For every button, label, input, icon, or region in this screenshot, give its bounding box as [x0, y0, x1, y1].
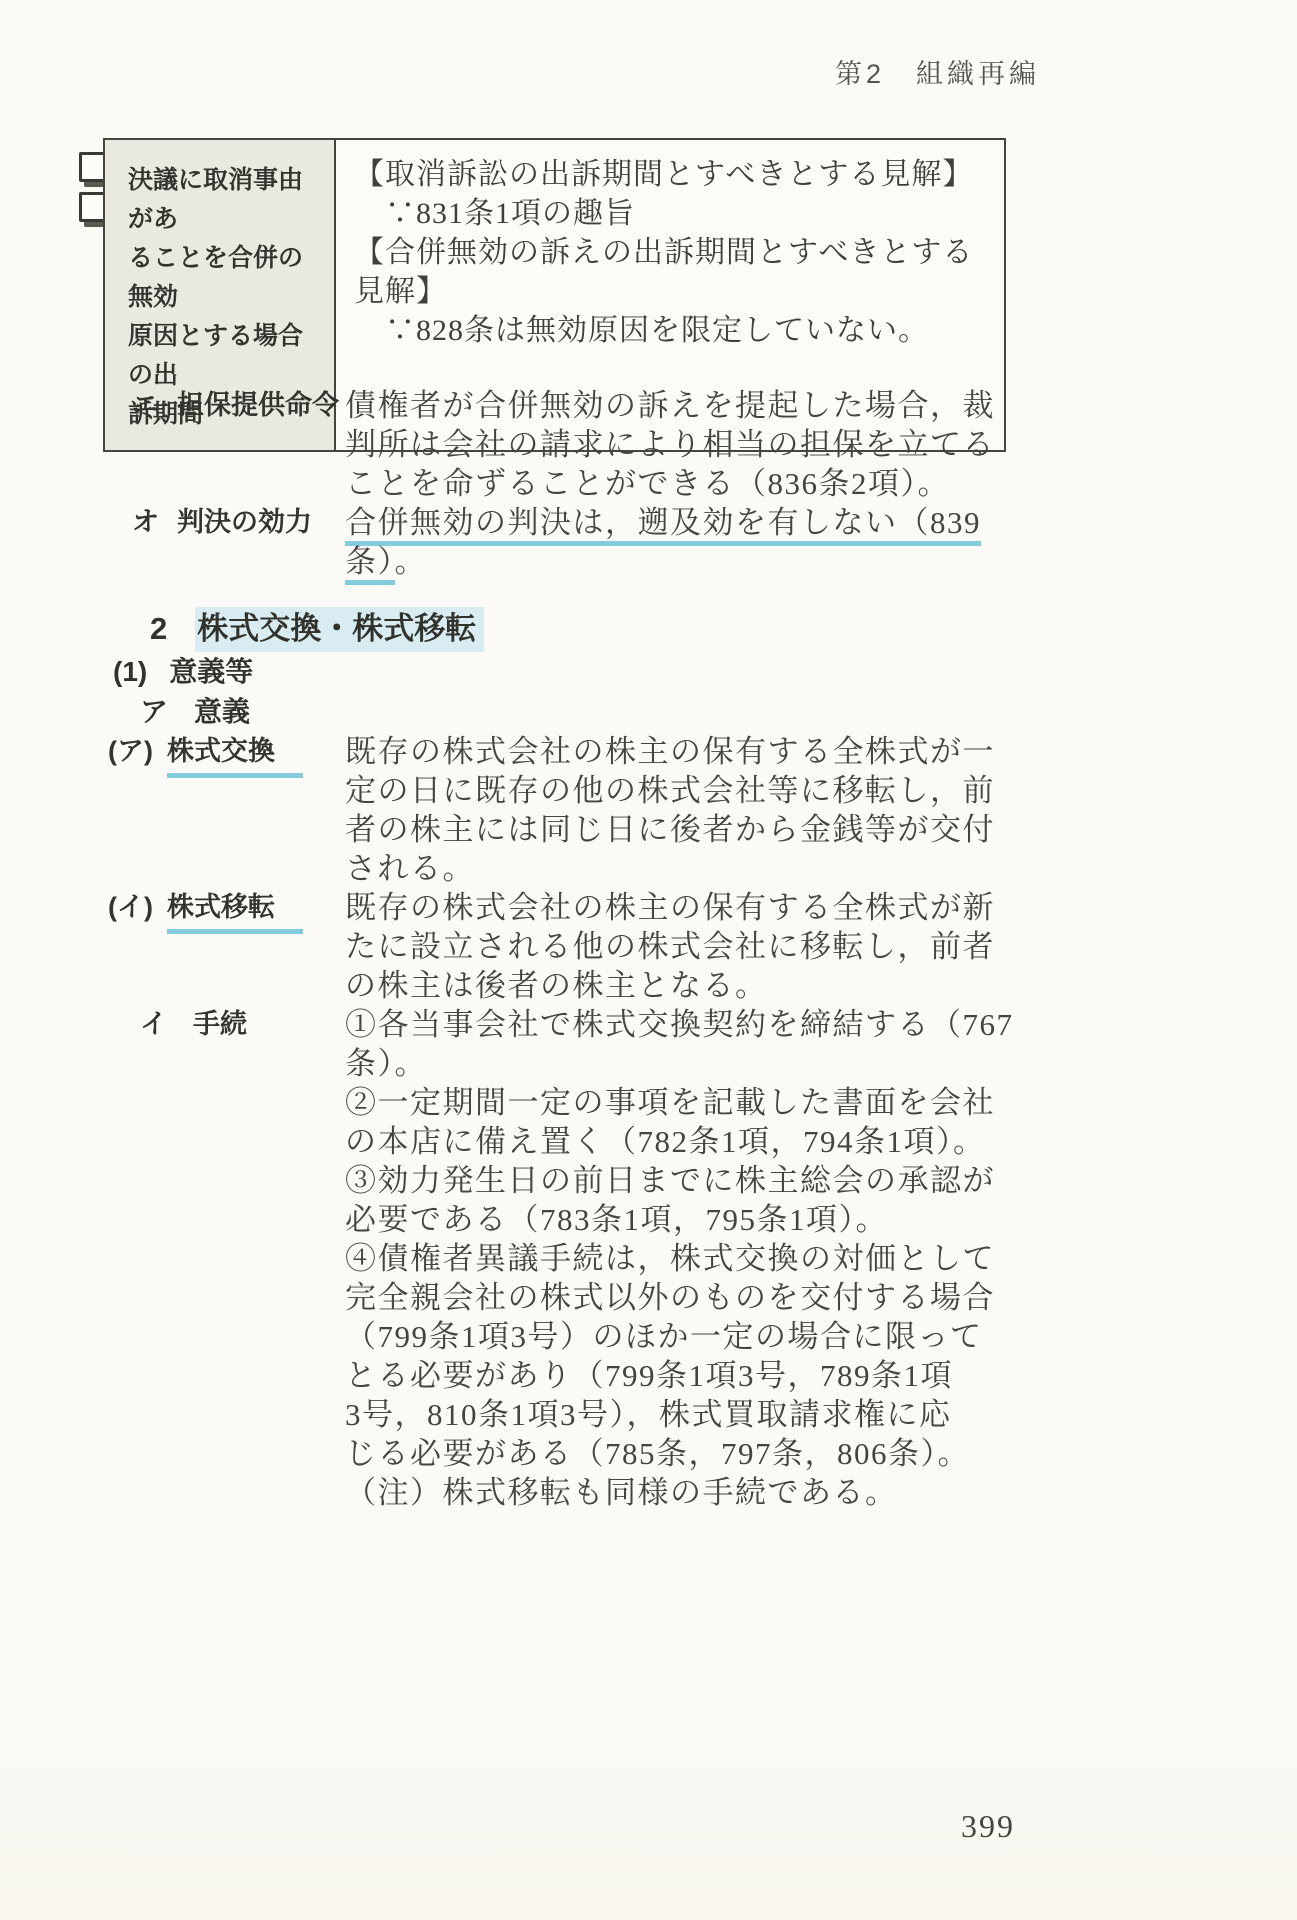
body-line: 定の日に既存の他の株式会社等に移転し，前 [345, 771, 1025, 810]
entry-body: 既存の株式会社の株主の保有する全株式が新 たに設立される他の株式会社に移転し，前… [345, 888, 1025, 1005]
subsubsection-heading: ア 意義 [0, 692, 1297, 732]
entry-label: エ 担保提供命令 [0, 386, 345, 425]
body-line: される。 [345, 849, 1025, 888]
section-number: 2 [150, 608, 167, 650]
entry-prefix: エ [132, 386, 159, 425]
body-line: （799条1項3号）のほか一定の場合に限って [345, 1317, 1025, 1356]
entry-label: (ア) 株式交換 [0, 732, 345, 778]
body-line: ことを命ずることができる（836条2項）。 [345, 464, 1025, 503]
topic-line: ることを合併の無効 [128, 239, 324, 317]
textbook-page: 第2 組織再編 決議に取消事由があ ることを合併の無効 原因とする場合の出 訴期… [0, 0, 1297, 1920]
subsection-title: 意義等 [169, 652, 253, 692]
body-line: 条）。 [345, 1044, 1025, 1083]
page-number: 399 [961, 1808, 1015, 1845]
body-line: 既存の株式会社の株主の保有する全株式が一 [345, 732, 1025, 771]
body-line: 債権者が合併無効の訴えを提起した場合，裁 [345, 386, 1025, 425]
body-line: じる必要がある（785条，797条，806条）。 [345, 1434, 1025, 1473]
body-line: たに設立される他の株式会社に移転し，前者 [345, 927, 1025, 966]
section-heading: 2 株式交換・株式移転 [0, 607, 1297, 652]
entry-prefix: オ [132, 503, 159, 542]
entry-tanpo: エ 担保提供命令 債権者が合併無効の訴えを提起した場合，裁 判所は会社の請求によ… [0, 386, 1297, 503]
body-line: 条）。 [345, 542, 1025, 581]
entry-prefix: (イ) [108, 888, 153, 927]
entry-title: 担保提供命令 [177, 386, 339, 425]
subsubsection-title: 意義 [194, 692, 250, 732]
view-line: 【合併無効の訴えの出訴期間とすべきとする [354, 233, 996, 272]
entry-body: 債権者が合併無効の訴えを提起した場合，裁 判所は会社の請求により相当の担保を立て… [345, 386, 1025, 503]
entry-label: (イ) 株式移転 [0, 888, 345, 934]
body-line: 3号，810条1項3号），株式買取請求権に応 [345, 1395, 1025, 1434]
subsubsection-prefix: ア [140, 692, 168, 732]
body-line: ③効力発生日の前日までに株主総会の承認が [345, 1161, 1025, 1200]
entry-iten: (イ) 株式移転 既存の株式会社の株主の保有する全株式が新 たに設立される他の株… [0, 888, 1297, 1005]
entry-hanketsu: オ 判決の効力 合併無効の判決は，遡及効を有しない（839 条）。 [0, 503, 1297, 581]
body-line: ④債権者異議手続は，株式交換の対価として [345, 1239, 1025, 1278]
entry-label: オ 判決の効力 [0, 503, 345, 542]
body-line: とる必要があり（799条1項3号，789条1項 [345, 1356, 1025, 1395]
subsection-prefix: (1) [113, 652, 147, 692]
body-line: （注）株式移転も同様の手続である。 [345, 1473, 1025, 1512]
body-line: 者の株主には同じ日に後者から金銭等が交付 [345, 810, 1025, 849]
body-line: 既存の株式会社の株主の保有する全株式が新 [345, 888, 1025, 927]
entry-title-underlined: 株式交換 [167, 732, 303, 778]
entry-title-underlined: 株式移転 [167, 888, 303, 934]
entry-label: イ 手続 [0, 1005, 345, 1044]
body-line: の本店に備え置く（782条1項，794条1項）。 [345, 1122, 1025, 1161]
view-line: ∵828条は無効原因を限定していない。 [354, 311, 996, 350]
entry-prefix: (ア) [108, 732, 153, 771]
body-line-underlined: 合併無効の判決は，遡及効を有しない（839 [345, 503, 1025, 542]
entry-body: ①各当事会社で株式交換契約を締結する（767 条）。 ②一定期間一定の事項を記載… [345, 1005, 1025, 1512]
entry-tetsuzuki: イ 手続 ①各当事会社で株式交換契約を締結する（767 条）。 ②一定期間一定の… [0, 1005, 1297, 1512]
body-line: の株主は後者の株主となる。 [345, 966, 1025, 1005]
entry-title: 判決の効力 [177, 503, 312, 542]
entry-body: 合併無効の判決は，遡及効を有しない（839 条）。 [345, 503, 1025, 581]
body-line: ①各当事会社で株式交換契約を締結する（767 [345, 1005, 1025, 1044]
running-head: 第2 組織再編 [835, 52, 1040, 91]
entry-body: 既存の株式会社の株主の保有する全株式が一 定の日に既存の他の株式会社等に移転し，… [345, 732, 1025, 888]
view-line: ∵831条1項の趣旨 [354, 194, 996, 233]
topic-line: 原因とする場合の出 [128, 317, 324, 395]
entry-kokan: (ア) 株式交換 既存の株式会社の株主の保有する全株式が一 定の日に既存の他の株… [0, 732, 1297, 888]
body-line: 判所は会社の請求により相当の担保を立てる [345, 425, 1025, 464]
subsection-heading: (1) 意義等 [0, 652, 1297, 692]
entry-title: 手続 [193, 1005, 247, 1044]
body-line: 完全親会社の株式以外のものを交付する場合 [345, 1278, 1025, 1317]
body-line: 必要である（783条1項，795条1項）。 [345, 1200, 1025, 1239]
view-line: 見解】 [354, 272, 996, 311]
view-line: 【取消訴訟の出訴期間とすべきとする見解】 [354, 155, 996, 194]
entry-prefix: イ [140, 1005, 167, 1044]
section-title-highlighted: 株式交換・株式移転 [195, 607, 484, 652]
main-content: エ 担保提供命令 債権者が合併無効の訴えを提起した場合，裁 判所は会社の請求によ… [0, 386, 1297, 1512]
body-line: ②一定期間一定の事項を記載した書面を会社 [345, 1083, 1025, 1122]
topic-line: 決議に取消事由があ [128, 161, 324, 239]
